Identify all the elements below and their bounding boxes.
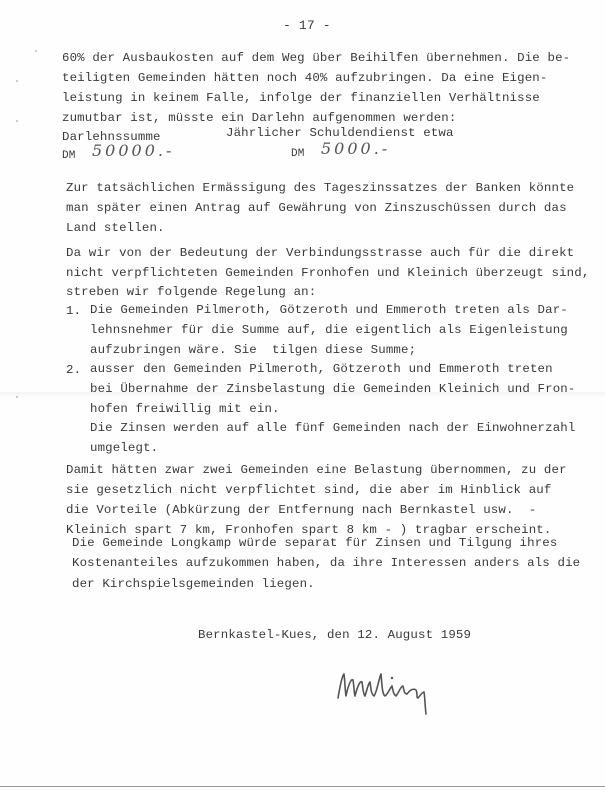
text-line: Die Gemeinden Pilmeroth, Götzeroth und E… — [90, 303, 568, 317]
text-line: sie gesetzlich nicht verpflichtet sind, … — [66, 483, 551, 497]
text-line: der Kirchspielsgemeinden liegen. — [72, 577, 315, 591]
scan-speck — [35, 50, 37, 52]
scanned-document-page: - 17 - 60% der Ausbaukosten auf dem Weg … — [0, 0, 605, 791]
text-line: ausser den Gemeinden Pilmeroth, Götzerot… — [90, 362, 553, 376]
text-line: Zur tatsächlichen Ermässigung des Tagesz… — [66, 181, 574, 195]
text-line: lehnsnehmer für die Summe auf, die eigen… — [90, 323, 568, 337]
text-line: bei Übernahme der Zinsbelastung die Geme… — [90, 382, 575, 396]
text-line: streben wir folgende Regelung an: — [66, 285, 316, 299]
text-line: teiligten Gemeinden hätten noch 40% aufz… — [62, 71, 547, 85]
text-line: nicht verpflichteten Gemeinden Fronhofen… — [66, 266, 589, 280]
text-line: man später einen Antrag auf Gewährung vo… — [66, 201, 567, 215]
scan-speck — [16, 80, 18, 82]
text-line: Die Zinsen werden auf alle fünf Gemeinde… — [90, 421, 575, 435]
place-date: Bernkastel-Kues, den 12. August 1959 — [198, 628, 471, 642]
debt-service-value: 5000.- — [321, 142, 390, 156]
text-line: zumutbar ist, müsste ein Darlehn aufgeno… — [62, 111, 456, 125]
annual-debt-service-label: Jährlicher Schuldendienst etwa — [226, 126, 454, 140]
text-line: 60% der Ausbaukosten auf dem Weg über Be… — [62, 51, 570, 65]
text-line: Damit hätten zwar zwei Gemeinden eine Be… — [66, 463, 567, 477]
text-line: die Vorteile (Abkürzung der Entfernung n… — [66, 503, 536, 517]
text-line: Land stellen. — [66, 221, 165, 235]
scan-bottom-edge — [0, 786, 605, 787]
text-line: aufzubringen wäre. Sie tilgen diese Summ… — [90, 343, 416, 357]
debt-service-currency: DM — [291, 147, 305, 161]
loan-sum-value: 50000.- — [92, 144, 174, 158]
text-line: leistung in keinem Falle, infolge der fi… — [62, 91, 540, 105]
text-line: umgelegt. — [90, 441, 158, 455]
handwritten-signature — [330, 668, 480, 718]
text-line: Kleinich spart 7 km, Fronhofen spart 8 k… — [66, 523, 551, 537]
page-number: - 17 - — [283, 19, 331, 33]
text-line: Da wir von der Bedeutung der Verbindungs… — [66, 246, 574, 260]
scan-speck — [16, 120, 18, 122]
text-line: Kostenanteiles aufzukommen haben, da ihr… — [72, 556, 580, 570]
list-marker: 2. — [66, 363, 81, 377]
loan-sum-currency: DM — [62, 149, 76, 163]
list-marker: 1. — [66, 304, 81, 318]
text-line: Die Gemeinde Longkamp würde separat für … — [72, 536, 557, 550]
text-line: hofen freiwillig mit ein. — [90, 402, 280, 416]
